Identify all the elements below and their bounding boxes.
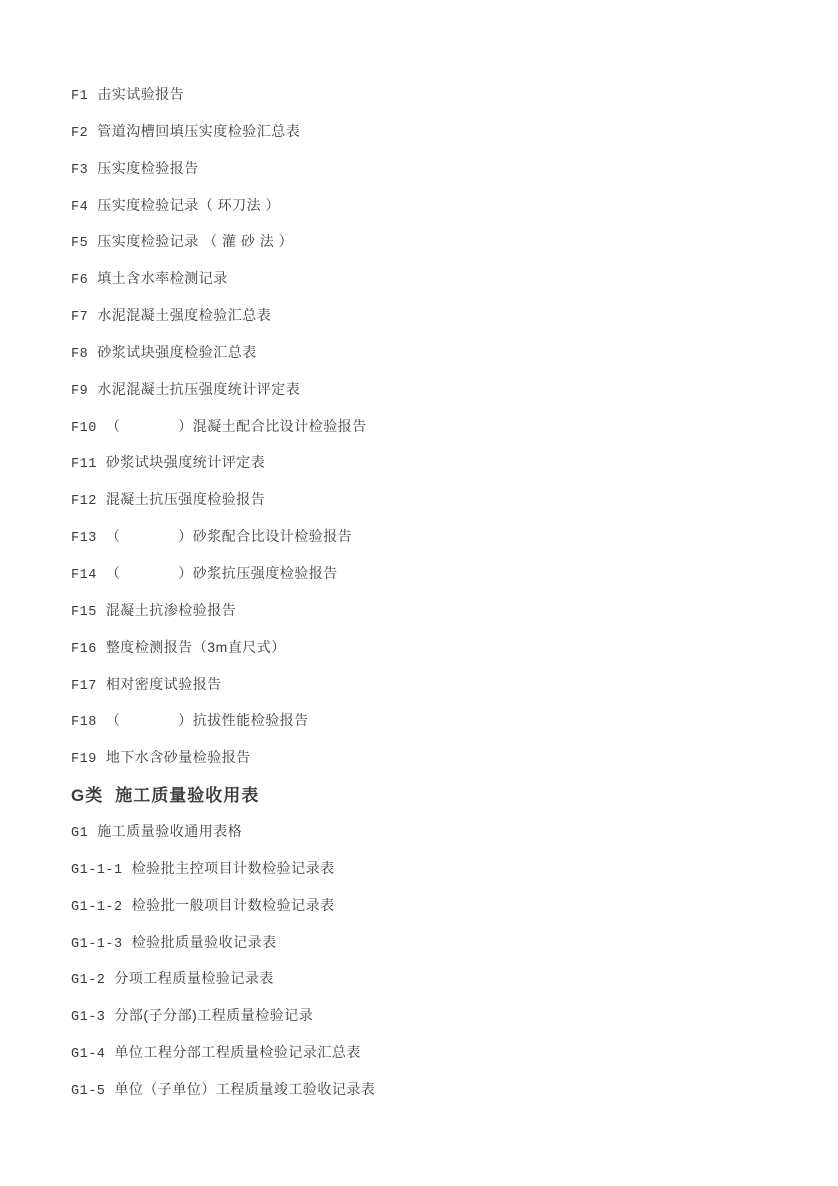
item-title: 填土含水率检测记录 [97, 270, 228, 286]
list-item: F17相对密度试验报告 [71, 676, 778, 713]
list-item: F8砂浆试块强度检验汇总表 [71, 344, 778, 381]
document-page: F1击实试验报告 F2管道沟槽回填压实度检验汇总表 F3压实度检验报告 F4压实… [0, 0, 838, 1186]
item-title: 地下水含砂量检验报告 [106, 749, 251, 765]
item-code: G1-4 [71, 1047, 105, 1063]
item-title: 分部(子分部)工程质量检验记录 [114, 1007, 313, 1023]
item-title: 混凝土抗压强度检验报告 [106, 491, 266, 507]
item-title: （ ）抗拔性能检验报告 [106, 712, 309, 728]
item-code: F18 [71, 715, 97, 731]
item-code: F1 [71, 89, 88, 105]
item-code: F19 [71, 752, 97, 768]
list-item: F16整度检测报告（3m直尺式） [71, 639, 778, 676]
item-code: F5 [71, 236, 88, 252]
list-item: F10（ ）混凝土配合比设计检验报告 [71, 418, 778, 455]
list-item: F7水泥混凝土强度检验汇总表 [71, 307, 778, 344]
item-code: F10 [71, 421, 97, 437]
item-code: G1-1-2 [71, 900, 123, 916]
item-code: F17 [71, 679, 97, 695]
item-code: F14 [71, 568, 97, 584]
section-heading-code: G类 [71, 786, 103, 805]
list-item: F3压实度检验报告 [71, 160, 778, 197]
list-item: F6填土含水率检测记录 [71, 270, 778, 307]
item-title: （ ）混凝土配合比设计检验报告 [106, 418, 367, 434]
item-title: 相对密度试验报告 [106, 676, 222, 692]
list-item: G1-4单位工程分部工程质量检验记录汇总表 [71, 1044, 778, 1081]
item-title: 水泥混凝土强度检验汇总表 [97, 307, 271, 323]
item-code: G1-5 [71, 1084, 105, 1100]
item-code: F8 [71, 347, 88, 363]
list-item: G1施工质量验收通用表格 [71, 823, 778, 860]
section-heading-title: 施工质量验收用表 [115, 786, 259, 805]
list-item: F11砂浆试块强度统计评定表 [71, 454, 778, 491]
item-title: 压实度检验记录 （ 灌 砂 法 ） [97, 233, 293, 249]
item-code: G1-1-1 [71, 863, 123, 879]
item-title: 分项工程质量检验记录表 [114, 970, 274, 986]
list-item: F19地下水含砂量检验报告 [71, 749, 778, 786]
list-item: F9水泥混凝土抗压强度统计评定表 [71, 381, 778, 418]
list-item: G1-5单位（子单位）工程质量竣工验收记录表 [71, 1081, 778, 1118]
list-item: F2管道沟槽回填压实度检验汇总表 [71, 123, 778, 160]
item-code: F4 [71, 200, 88, 216]
item-code: F16 [71, 642, 97, 658]
item-title: 砂浆试块强度统计评定表 [106, 454, 266, 470]
item-title: （ ）砂浆抗压强度检验报告 [106, 565, 338, 581]
item-code: F12 [71, 494, 97, 510]
item-title: 单位（子单位）工程质量竣工验收记录表 [114, 1081, 375, 1097]
list-item: G1-3分部(子分部)工程质量检验记录 [71, 1007, 778, 1044]
section-heading: G类施工质量验收用表 [71, 786, 778, 823]
list-item: G1-1-2检验批一般项目计数检验记录表 [71, 897, 778, 934]
item-title: 检验批质量验收记录表 [132, 934, 277, 950]
item-code: F11 [71, 457, 97, 473]
item-code: G1-2 [71, 973, 105, 989]
list-item: G1-1-1检验批主控项目计数检验记录表 [71, 860, 778, 897]
item-title: 检验批一般项目计数检验记录表 [132, 897, 335, 913]
list-item: F1击实试验报告 [71, 86, 778, 123]
item-title: （ ）砂浆配合比设计检验报告 [106, 528, 353, 544]
item-title: 击实试验报告 [97, 86, 184, 102]
list-item: F4压实度检验记录（ 环刀法 ） [71, 197, 778, 234]
item-title: 检验批主控项目计数检验记录表 [132, 860, 335, 876]
item-title: 砂浆试块强度检验汇总表 [97, 344, 257, 360]
item-title: 压实度检验记录（ 环刀法 ） [97, 197, 280, 213]
item-title: 水泥混凝土抗压强度统计评定表 [97, 381, 300, 397]
item-code: F7 [71, 310, 88, 326]
item-title: 管道沟槽回填压实度检验汇总表 [97, 123, 300, 139]
item-title: 整度检测报告（3m直尺式） [106, 639, 286, 655]
item-code: F6 [71, 273, 88, 289]
item-code: F15 [71, 605, 97, 621]
item-code: F3 [71, 163, 88, 179]
item-title: 单位工程分部工程质量检验记录汇总表 [114, 1044, 361, 1060]
item-code: G1 [71, 826, 88, 842]
item-title: 压实度检验报告 [97, 160, 199, 176]
item-title: 施工质量验收通用表格 [97, 823, 242, 839]
list-item: F14（ ）砂浆抗压强度检验报告 [71, 565, 778, 602]
item-title: 混凝土抗渗检验报告 [106, 602, 237, 618]
item-code: G1-1-3 [71, 937, 123, 953]
list-item: F15混凝土抗渗检验报告 [71, 602, 778, 639]
item-code: F9 [71, 384, 88, 400]
item-code: G1-3 [71, 1010, 105, 1026]
list-item: F12混凝土抗压强度检验报告 [71, 491, 778, 528]
list-item: F18（ ）抗拔性能检验报告 [71, 712, 778, 749]
item-code: F13 [71, 531, 97, 547]
list-item: F5压实度检验记录 （ 灌 砂 法 ） [71, 233, 778, 270]
list-item: G1-1-3检验批质量验收记录表 [71, 934, 778, 971]
list-item: F13（ ）砂浆配合比设计检验报告 [71, 528, 778, 565]
item-code: F2 [71, 126, 88, 142]
list-item: G1-2分项工程质量检验记录表 [71, 970, 778, 1007]
